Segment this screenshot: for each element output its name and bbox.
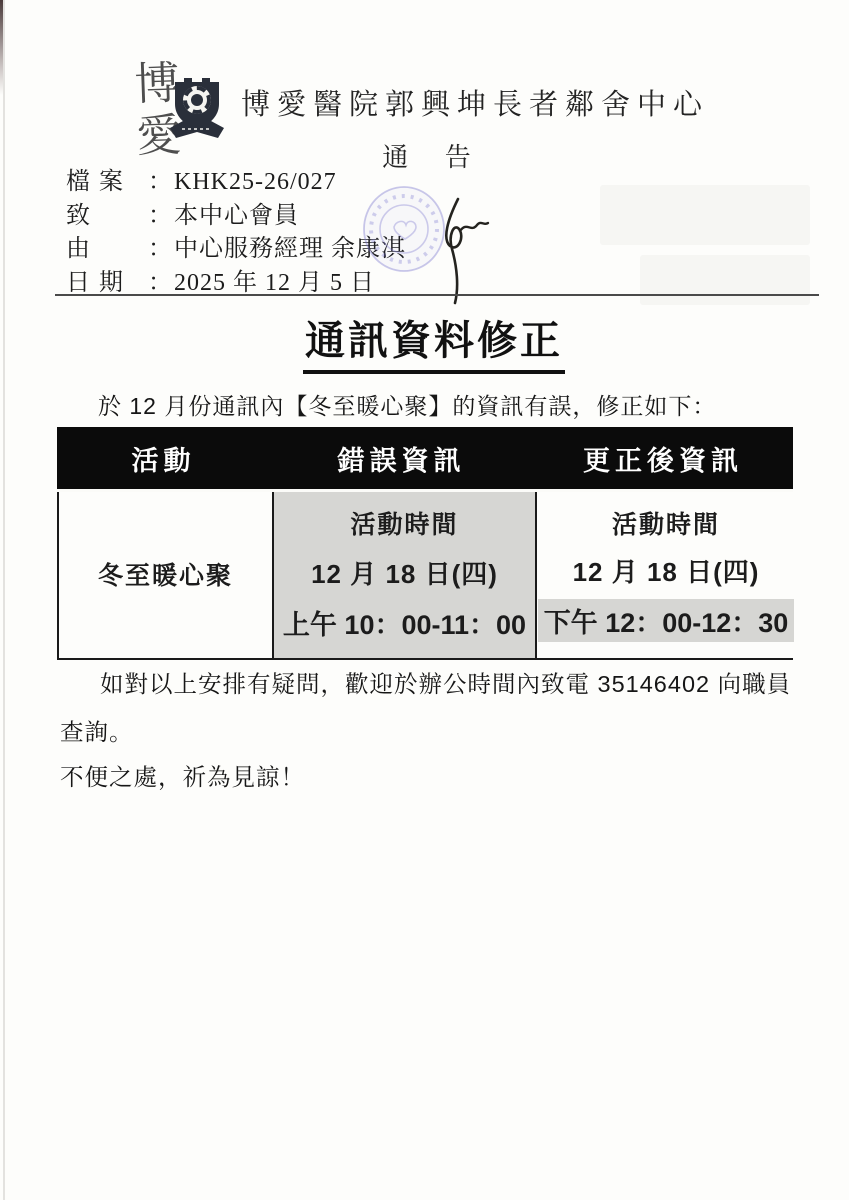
meta-colon: ：	[148, 161, 174, 196]
meta-row-date: 日期 ： 2025 年 12 月 5 日	[66, 262, 406, 296]
meta-colon: ：	[148, 262, 174, 297]
meta-value-file-ref: KHK25-26/027	[174, 169, 337, 196]
meta-label-from: 由	[66, 228, 148, 263]
column-header-corrected-info: 更正後資訊	[533, 439, 793, 478]
column-header-activity: 活動	[57, 439, 270, 478]
cell-activity: 冬至暖心聚	[59, 492, 272, 658]
scan-edge-line	[3, 0, 5, 1200]
cell-wrong-info: 活動時間 12 月 18 日(四) 上午 10：00-11：00	[272, 492, 535, 658]
scan-noise	[640, 255, 810, 305]
document-meta: 檔案 ： KHK25-26/027 致 ： 本中心會員 由 ： 中心服務經理 余…	[66, 161, 406, 295]
enquiry-note: 如對以上安排有疑問，歡迎於辦公時間內致電 35146402 向職員查詢。	[60, 660, 796, 756]
document-title: 通訊資料修正	[303, 309, 565, 374]
wrong-time: 上午 10：00-11：00	[283, 603, 526, 642]
intro-sentence: 於 12 月份通訊內【冬至暖心聚】的資訊有誤，修正如下：	[98, 388, 716, 421]
corrected-time-label: 活動時間	[612, 505, 720, 541]
correction-table: 活動 錯誤資訊 更正後資訊 冬至暖心聚 活動時間 12 月 18 日(四) 上午…	[57, 427, 793, 660]
wrong-date: 12 月 18 日(四)	[311, 554, 498, 591]
cell-corrected-info: 活動時間 12 月 18 日(四) 下午 12：00-12：30	[535, 492, 795, 658]
document-title-wrap: 通訊資料修正	[0, 309, 849, 374]
activity-name: 冬至暖心聚	[98, 556, 233, 592]
meta-row-from: 由 ： 中心服務經理 余康淇	[66, 228, 406, 262]
meta-value-date: 2025 年 12 月 5 日	[174, 262, 375, 297]
corrected-date: 12 月 18 日(四)	[573, 552, 760, 589]
meta-label-file: 檔案	[66, 161, 148, 196]
column-header-wrong-info: 錯誤資訊	[270, 439, 533, 478]
table-header-row: 活動 錯誤資訊 更正後資訊	[57, 427, 793, 492]
wrong-time-label: 活動時間	[350, 505, 458, 541]
organization-name: 博愛醫院郭興坤長者鄰舍中心	[241, 82, 709, 123]
horizontal-divider	[55, 294, 819, 296]
meta-colon: ：	[148, 195, 174, 230]
meta-label-to: 致	[66, 195, 148, 230]
table-body-row: 冬至暖心聚 活動時間 12 月 18 日(四) 上午 10：00-11：00 活…	[57, 492, 793, 660]
meta-row-file: 檔案 ： KHK25-26/027	[66, 161, 406, 195]
apology-closing: 不便之處，祈為見諒！	[60, 758, 305, 792]
meta-row-to: 致 ： 本中心會員	[66, 195, 406, 229]
meta-value-recipient: 本中心會員	[174, 195, 299, 230]
meta-colon: ：	[148, 228, 174, 263]
corrected-time-highlighted: 下午 12：00-12：30	[538, 599, 795, 642]
scanned-notice-page: 博愛 博愛醫院郭興坤長者鄰舍中心 通 告 檔案 ： KHK25-26/027 致…	[0, 0, 849, 1200]
scan-noise	[600, 185, 810, 245]
meta-label-date: 日期	[66, 262, 148, 297]
